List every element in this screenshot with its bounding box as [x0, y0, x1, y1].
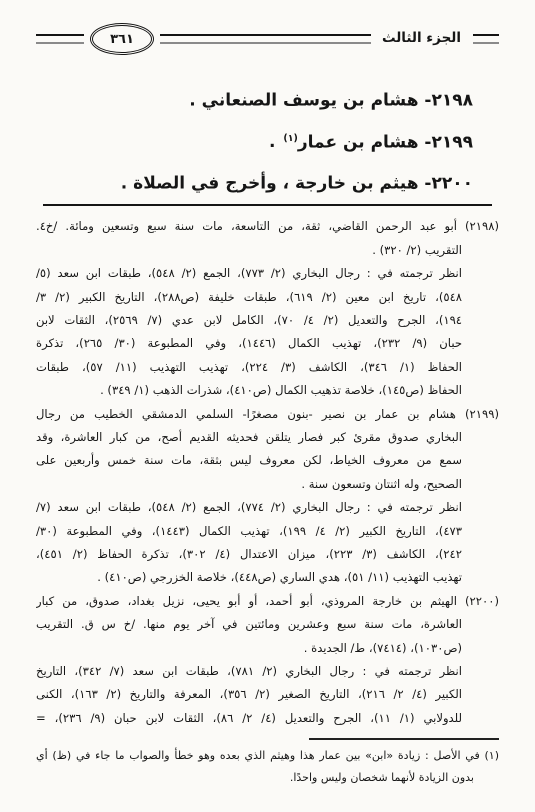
footnote-line: الحفاظ (ص١٤٥)، خلاصة تذهيب الكمال (ص٤١٠)… — [36, 379, 499, 402]
footnote-line: سمع من معروف الخياط، لكن معروف ليس بثقة،… — [36, 449, 499, 472]
footnote-separator — [43, 204, 492, 207]
note-separator — [309, 738, 499, 740]
page-number-badge: ٣٦١ — [90, 23, 154, 55]
book-page: الجزء الثالث ٣٦١ ٢١٩٨- هشام بن يوسف الصن… — [0, 0, 535, 812]
page-number: ٣٦١ — [110, 33, 134, 46]
footnote-line: الكبير (٤/ ٢/ ٢١٦)، التاريخ الصغير (٢/ ٣… — [36, 683, 499, 706]
volume-title: الجزء الثالث — [377, 30, 466, 49]
footnote-line: حبان (٩/ ٢٣٢)، تهذيب الكمال (١٤٤٦)، وفي … — [36, 332, 499, 355]
header-rule — [160, 34, 371, 44]
entry-text: ٢٢٠٠- هيثم بن خارجة ، وأخرج في الصلاة . — [121, 174, 473, 194]
footnote-line: ١٩٤)، الجرح والتعديل (٢/ ٤/ ٧٠)، الكامل … — [36, 309, 499, 332]
entries-section: ٢١٩٨- هشام بن يوسف الصنعاني . ٢١٩٩- هشام… — [36, 78, 499, 203]
footnote-line: (٢١٩٩) هشام بن عمار بن نصير -بنون مصغرًا… — [36, 403, 499, 426]
page-header: الجزء الثالث ٣٦١ — [36, 26, 499, 52]
footnote-line: (٢٢٠٠) الهيثم بن خارجة المروذي، أبو أحمد… — [36, 590, 499, 613]
entry-text: ٢١٩٩- هشام بن عمار — [298, 132, 473, 152]
footnote-line: (ص١٠٣٠)، (٧٤١٤)، ط/ الجديدة . — [36, 637, 499, 660]
footnote-line: ٢٤٢)، الكاشف (٣/ ٢٢٣)، ميزان الاعتدال (٤… — [36, 543, 499, 566]
footnote-line: للدولابي (١/ ١١)، الجرح والتعديل (٤/ ٢/ … — [36, 707, 499, 730]
footnote-line: انظر ترجمته في : رجال البخاري (٢/ ٧٧٣)، … — [36, 262, 499, 285]
footnote-line: الحفاظ (١/ ٣٤٦)، الكاشف (٣/ ٢٢٤)، تهذيب … — [36, 356, 499, 379]
editor-note-line: بدون الزيادة لأنهما شخصان وليس واحدًا. — [36, 767, 499, 789]
footnote-line: الصحيح، وله اثنتان وتسعون سنة . — [36, 473, 499, 496]
footnote-line: انظر ترجمته في : رجال البخاري (٢/ ٧٨١)، … — [36, 660, 499, 683]
footnote-line: البخاري صدوق مقرئ كبر فصار يتلقن فحديثه … — [36, 426, 499, 449]
entry-text: ٢١٩٨- هشام بن يوسف الصنعاني . — [189, 91, 473, 111]
editor-note-section: (١) في الأصل : زيادة «ابن» بين عمار هذا … — [36, 745, 499, 789]
footnote-line: ٥٤٨)، تاريخ ابن معين (٢/ ٦١٩)، طبقات خلي… — [36, 286, 499, 309]
footnote-line: التقريب (٢/ ٣٢٠) . — [36, 239, 499, 262]
footnotes-section: (٢١٩٨) أبو عبد الرحمن القاضي، ثقة، من ال… — [36, 215, 499, 730]
entry-line: ٢٢٠٠- هيثم بن خارجة ، وأخرج في الصلاة . — [36, 161, 473, 203]
footnote-ref: (١) — [283, 133, 298, 144]
header-rule — [473, 34, 499, 44]
entry-tail: . — [269, 132, 283, 152]
header-rule — [36, 34, 84, 44]
footnote-line: ٤٧٣)، التاريخ الكبير (٢/ ٤/ ١٩٩)، تهذيب … — [36, 520, 499, 543]
editor-note-line: (١) في الأصل : زيادة «ابن» بين عمار هذا … — [36, 745, 499, 767]
footnote-line: تهذيب التهذيب (١١/ ٥١)، هدي الساري (ص٤٤٨… — [36, 566, 499, 589]
footnote-line: انظر ترجمته في : رجال البخاري (٢/ ٧٧٤)، … — [36, 496, 499, 519]
entry-line: ٢١٩٩- هشام بن عمار(١) . — [36, 120, 473, 162]
entry-line: ٢١٩٨- هشام بن يوسف الصنعاني . — [36, 78, 473, 120]
footnote-line: (٢١٩٨) أبو عبد الرحمن القاضي، ثقة، من ال… — [36, 215, 499, 238]
footnote-line: العاشرة، مات سنة سبع وعشرين ومائتين في آ… — [36, 613, 499, 636]
